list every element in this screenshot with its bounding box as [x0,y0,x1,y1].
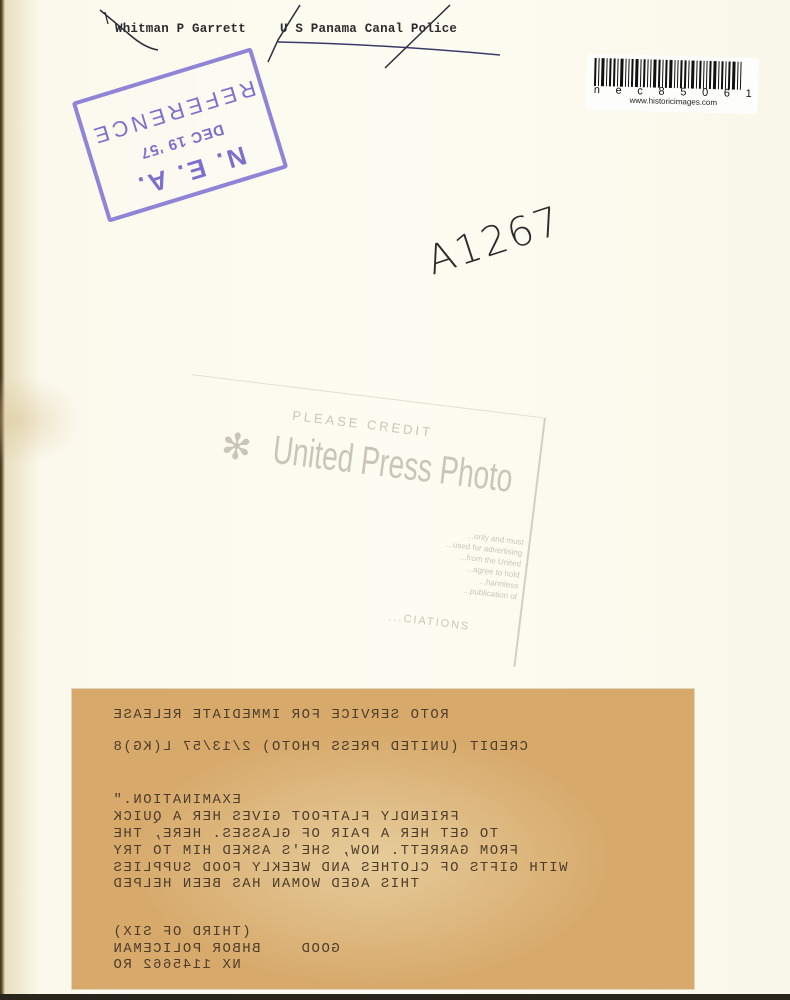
barcode-bar [688,60,690,88]
barcode-bar [617,59,619,87]
barcode-bar [650,59,652,87]
credit-associations: ...CIATIONS [388,611,471,633]
barcode-bar [691,61,695,89]
barcode-char: e [615,85,621,97]
barcode-bar [613,58,616,86]
barcode-bar [674,60,676,88]
caption-line: ROTO SERVICE FOR IMMEDIATE RELEASE [112,707,449,723]
barcode-bar [703,61,705,89]
barcode-bar [684,60,687,88]
barcode-bar [635,59,639,87]
caption-line: FROM GARRETT. NOW, SHE'S ASKED HIM TO TR… [112,843,518,859]
barcode-bar [631,59,634,87]
caption-line: GOOD BHBOR POLICEMAN [112,941,340,957]
barcode-bar [740,62,742,90]
caption-label: ROTO SERVICE FOR IMMEDIATE RELEASECREDIT… [72,689,694,989]
caption-line: EXAMINATION." [112,792,241,808]
barcode-bar [658,60,661,88]
asterisk-logo-icon: ✻ [220,418,253,475]
barcode-bar [653,60,657,88]
credit-fine-print: ...only and must...used for advertising.… [367,519,524,603]
barcode-bar [721,61,724,89]
barcode-bar [625,59,627,87]
barcode-bar [737,62,739,90]
barcode-bar [680,60,683,88]
barcode-site: www.historicimages.com [629,96,717,107]
barcode-bar [665,60,668,88]
barcode-bar [669,60,673,88]
caption-line: NX 1145662 RO [112,957,241,973]
barcode-bar [709,61,712,89]
barcode-bar [598,58,600,86]
barcode-bar [732,62,736,90]
barcode-bar [662,60,664,88]
barcode-bar [628,59,630,87]
barcode-bar [706,61,708,89]
mirrored-caption-text: ROTO SERVICE FOR IMMEDIATE RELEASECREDIT… [72,689,694,989]
barcode-bar [606,58,608,86]
caption-line: WITH GIFTS OF CLOTHES AND WEEKLY FOOD SU… [112,860,567,876]
faded-credit-stamp: ✻ PLEASE CREDIT United Press Photo ...on… [161,374,546,667]
barcode-bar [696,61,698,89]
caption-line: TO GET HER A PAIR OF GLASSES. HERE, THE [112,826,498,842]
barcode-bar [594,58,597,86]
caption-line: THIS AGED WOMAN HAS BEEN HELPED [112,876,419,892]
caption-line: FRIENDLY FLATFOOT GIVES HER A QUICK [112,809,459,825]
barcode-bar [620,59,624,87]
barcode-bar [725,61,727,89]
barcode-char: n [594,84,600,96]
barcode-bar [601,58,605,86]
credit-brand: United Press Photo [270,428,515,502]
barcode-bar [677,60,679,88]
barcode-bar [728,61,731,89]
barcode-char: 1 [745,88,751,100]
barcode-bar [699,61,702,89]
barcode-bar [647,59,649,87]
barcode-label: nec85061 www.historicimages.com [585,54,758,114]
barcode-bar [640,59,642,87]
caption-line: CREDIT (UNITED PRESS PHOTO) 2/13/57 L(KG… [112,739,528,755]
caption-line: (THIRD OF SIX) [112,924,251,940]
barcode-bar [713,61,717,89]
barcode-bar [609,58,612,86]
barcode-char: 6 [724,87,730,99]
barcode-bar [643,59,646,87]
barcode-bar [718,61,720,89]
